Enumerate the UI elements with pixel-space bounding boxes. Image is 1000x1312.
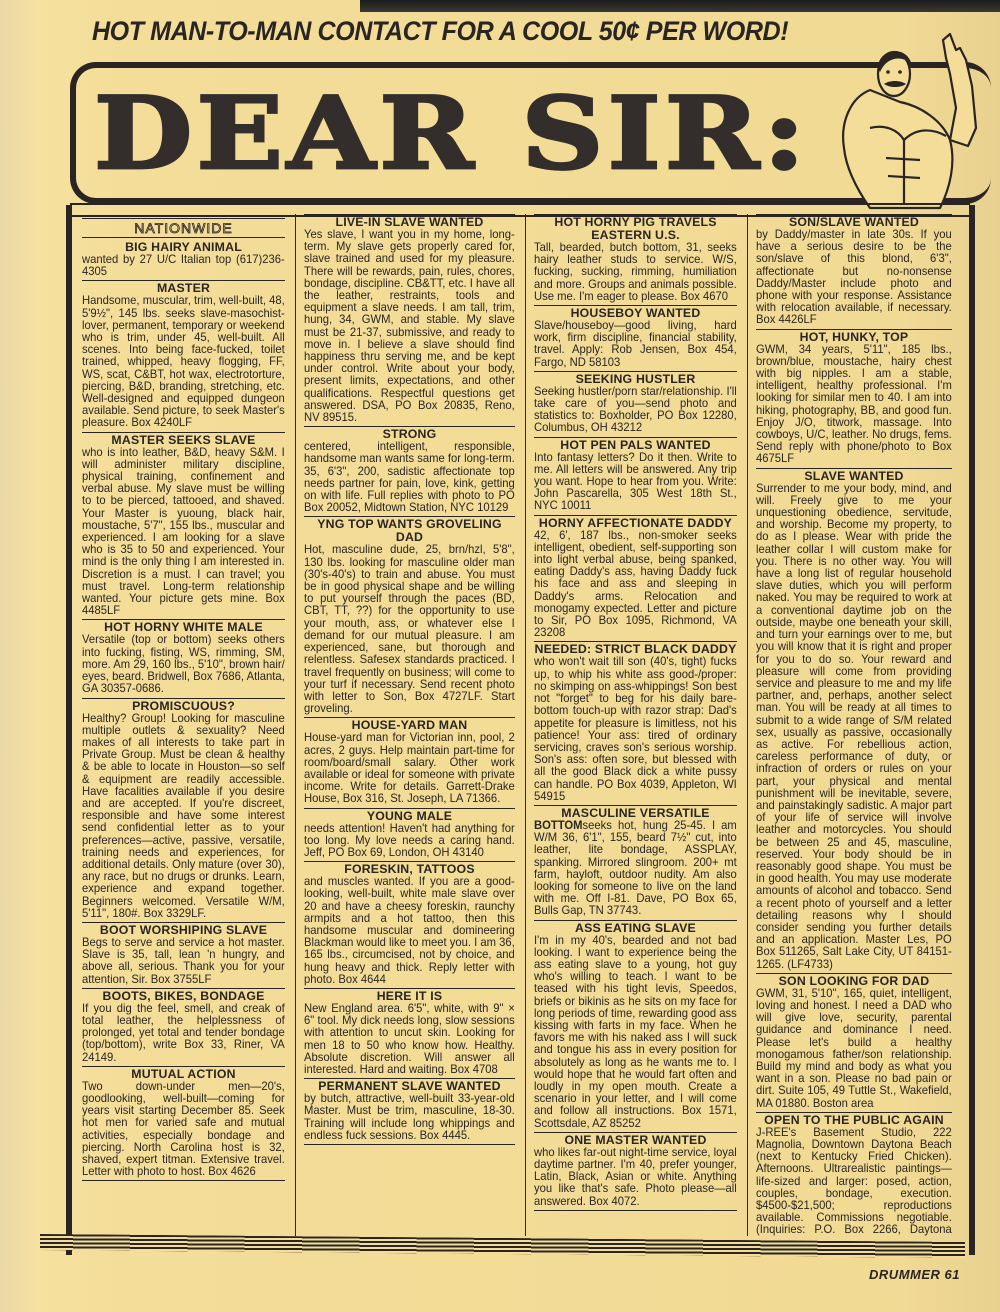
section-label-nationwide: NATIONWIDE: [82, 218, 285, 238]
ad-body: Slave/houseboy—good living, hard work, f…: [534, 320, 737, 369]
tagline: HOT MAN-TO-MAN CONTACT FOR A COOL 50¢ PE…: [92, 16, 788, 47]
ad-body: If you dig the feel, smell, and creak of…: [82, 1003, 285, 1064]
ad-body: Begs to serve and service a hot master. …: [82, 937, 285, 986]
column-2: LIVE-IN SLAVE WANTEDYes slave, I want yo…: [296, 214, 526, 1236]
ad-text: J-REE's Basement Studio, 222 Magnolia, D…: [756, 1126, 952, 1236]
ad-lead-word: BOTTOM: [534, 819, 583, 832]
ad-headline: YNG TOP WANTS GROVELING DAD: [304, 518, 515, 544]
ad-text: 42, 6', 187 lbs., non-smoker seeks intel…: [534, 529, 737, 640]
ad-body: Into fantasy letters? Do it then. Write …: [534, 452, 737, 513]
ad-body: Seeking hustler/porn star/relationship. …: [534, 386, 737, 435]
ad-text: and muscles wanted. If you are a good-lo…: [304, 875, 515, 986]
ad-text: GWM, 31, 5'10", 165, quiet, intelligent,…: [756, 987, 952, 1110]
ad-text: Begs to serve and service a hot master. …: [82, 936, 285, 986]
column-2-ads: LIVE-IN SLAVE WANTEDYes slave, I want yo…: [304, 214, 515, 1145]
ad-body: Hot, masculine dude, 25, brn/hzl, 5'8", …: [304, 544, 515, 715]
ad-text: Into fantasy letters? Do it then. Write …: [534, 451, 737, 513]
ad-body: needs attention! Haven't had anything fo…: [304, 823, 515, 860]
ad-text: Healthy? Group! Looking for masculine mu…: [82, 712, 285, 920]
classified-ad: MUTUAL ACTIONTwo down-under men—20's, go…: [82, 1066, 285, 1179]
classified-ad: STRONGcentered, intelligent, responsible…: [304, 426, 515, 514]
ad-body: House-yard man for Victorian inn, pool, …: [304, 732, 515, 805]
ad-body: Surrender to me your body, mind, and wil…: [756, 483, 952, 971]
page-title: DEAR SIR:: [94, 76, 809, 192]
ad-text: by butch, attractive, well-built 33-year…: [304, 1092, 515, 1142]
classified-ad: HOUSE-YARD MANHouse-yard man for Victori…: [304, 717, 515, 805]
ad-text: House-yard man for Victorian inn, pool, …: [304, 731, 515, 805]
classified-ad: FORESKIN, TATTOOSand muscles wanted. If …: [304, 861, 515, 986]
classified-ad: MASTERHandsome, muscular, trim, well-bui…: [82, 280, 285, 429]
ad-text: Two down-under men—20's, goodlooking, we…: [82, 1080, 285, 1178]
ad-text: by Daddy/master in late 30s. If you have…: [756, 228, 952, 326]
ad-text: Yes slave, I want you in my home, long-t…: [304, 228, 515, 424]
classified-ad: SEEKING HUSTLERSeeking hustler/porn star…: [534, 371, 737, 435]
ad-text: Hot, masculine dude, 25, brn/hzl, 5'8", …: [304, 543, 515, 715]
ad-body: Versatile (top or bottom) seeks others i…: [82, 634, 285, 695]
ad-text: wanted by 27 U/C Italian top (617)236-43…: [82, 253, 285, 278]
ad-headline: HOT HORNY PIG TRAVELS EASTERN U.S.: [534, 216, 737, 242]
classified-ad: BOOTS, BIKES, BONDAGEIf you dig the feel…: [82, 988, 285, 1064]
classified-ad: MASCULINE VERSATILEBOTTOMseeks hot, hung…: [534, 805, 737, 918]
ad-body: BOTTOMseeks hot, hung 25-45. I am W/M 36…: [534, 820, 737, 918]
ad-body: Tall, bearded, butch bottom, 31, seeks h…: [534, 242, 737, 303]
ad-text: who is into leather, B&D, heavy S&M. I w…: [82, 446, 285, 618]
ad-text: Tall, bearded, butch bottom, 31, seeks h…: [534, 241, 737, 303]
classified-ad: LIVE-IN SLAVE WANTEDYes slave, I want yo…: [304, 214, 515, 424]
ad-body: GWM, 31, 5'10", 165, quiet, intelligent,…: [756, 988, 952, 1110]
ad-text: Seeking hustler/porn star/relationship. …: [534, 385, 737, 435]
page-folio: DRUMMER 61: [869, 1267, 960, 1282]
ad-body: who won't wait till son (40's, tight) fu…: [534, 656, 737, 802]
column-1: NATIONWIDE BIG HAIRY ANIMALwanted by 27 …: [74, 214, 296, 1236]
classified-ad: HOUSEBOY WANTEDSlave/houseboy—good livin…: [534, 305, 737, 369]
classified-ad: YOUNG MALEneeds attention! Haven't had a…: [304, 808, 515, 860]
ad-body: I'm in my 40's, bearded and not bad look…: [534, 935, 737, 1130]
classified-ad: BIG HAIRY ANIMALwanted by 27 U/C Italian…: [82, 240, 285, 278]
classified-ad: HOT HORNY WHITE MALEVersatile (top or bo…: [82, 619, 285, 695]
ad-text: seeks hot, hung 25-45. I am W/M 36, 6'1"…: [534, 819, 737, 917]
ad-text: who likes far-out night-time service, lo…: [534, 1146, 737, 1208]
ad-body: Healthy? Group! Looking for masculine mu…: [82, 713, 285, 920]
ad-body: by Daddy/master in late 30s. If you have…: [756, 229, 952, 327]
classified-ad: SON/SLAVE WANTEDby Daddy/master in late …: [756, 214, 952, 327]
classified-ad: HORNY AFFECTIONATE DADDY42, 6', 187 lbs.…: [534, 515, 737, 640]
classified-ad: ASS EATING SLAVEI'm in my 40's, bearded …: [534, 920, 737, 1130]
column-1-ads: BIG HAIRY ANIMALwanted by 27 U/C Italian…: [82, 240, 285, 1181]
column-end-rule: [82, 1180, 285, 1181]
classified-ad: SON LOOKING FOR DADGWM, 31, 5'10", 165, …: [756, 973, 952, 1110]
ad-text: Slave/houseboy—good living, hard work, f…: [534, 319, 737, 369]
ad-text: Surrender to me your body, mind, and wil…: [756, 482, 952, 971]
ad-text: centered, intelligent, responsible, hand…: [304, 440, 515, 514]
ad-body: by butch, attractive, well-built 33-year…: [304, 1093, 515, 1142]
classified-ad: NEEDED: STRICT BLACK DADDYwho won't wait…: [534, 641, 737, 802]
classified-ad: HERE IT ISNew England area. 6'5", white,…: [304, 988, 515, 1076]
ad-body: centered, intelligent, responsible, hand…: [304, 441, 515, 514]
scan-edge: [360, 0, 1000, 12]
classified-ad: YNG TOP WANTS GROVELING DADHot, masculin…: [304, 516, 515, 715]
ad-text: New England area. 6'5", white, with 9" ×…: [304, 1002, 515, 1076]
classified-ad: HOT PEN PALS WANTEDInto fantasy letters?…: [534, 437, 737, 513]
ad-body: Yes slave, I want you in my home, long-t…: [304, 229, 515, 424]
ad-text: If you dig the feel, smell, and creak of…: [82, 1002, 285, 1064]
column-3-ads: HOT HORNY PIG TRAVELS EASTERN U.S.Tall, …: [534, 214, 737, 1211]
column-end-rule: [304, 1144, 515, 1145]
ad-body: Handsome, muscular, trim, well-built, 48…: [82, 295, 285, 429]
ad-text: needs attention! Haven't had anything fo…: [304, 822, 515, 859]
classified-columns: NATIONWIDE BIG HAIRY ANIMALwanted by 27 …: [74, 214, 962, 1236]
ad-text: I'm in my 40's, bearded and not bad look…: [534, 934, 737, 1130]
ad-text: who won't wait till son (40's, tight) fu…: [534, 655, 737, 802]
ad-body: New England area. 6'5", white, with 9" ×…: [304, 1003, 515, 1076]
column-3: HOT HORNY PIG TRAVELS EASTERN U.S.Tall, …: [526, 214, 748, 1236]
classified-ad: BOOT WORSHIPING SLAVEBegs to serve and s…: [82, 922, 285, 986]
column-4-ads: SON/SLAVE WANTEDby Daddy/master in late …: [756, 214, 952, 1236]
classified-ad: PERMANENT SLAVE WANTEDby butch, attracti…: [304, 1078, 515, 1142]
classified-ad: SLAVE WANTEDSurrender to me your body, m…: [756, 468, 952, 971]
ad-text: GWM, 34 years, 5'11", 185 lbs., brown/bl…: [756, 343, 952, 466]
muscleman-pointing-illustration-icon: [800, 28, 990, 218]
classified-ad: OPEN TO THE PUBLIC AGAINJ-REE's Basement…: [756, 1112, 952, 1236]
column-end-rule: [534, 1210, 737, 1211]
classified-ad: HOT HORNY PIG TRAVELS EASTERN U.S.Tall, …: [534, 214, 737, 303]
ad-body: who is into leather, B&D, heavy S&M. I w…: [82, 447, 285, 618]
classified-ad: ONE MASTER WANTEDwho likes far-out night…: [534, 1132, 737, 1208]
classified-ad: HOT, HUNKY, TOPGWM, 34 years, 5'11", 185…: [756, 329, 952, 466]
ad-body: 42, 6', 187 lbs., non-smoker seeks intel…: [534, 530, 737, 640]
classified-ad: PROMISCUOUS?Healthy? Group! Looking for …: [82, 698, 285, 920]
ad-body: who likes far-out night-time service, lo…: [534, 1147, 737, 1208]
ad-text: Versatile (top or bottom) seeks others i…: [82, 633, 285, 695]
ad-body: GWM, 34 years, 5'11", 185 lbs., brown/bl…: [756, 344, 952, 466]
classified-ad: MASTER SEEKS SLAVEwho is into leather, B…: [82, 432, 285, 618]
ad-text: Handsome, muscular, trim, well-built, 48…: [82, 294, 285, 429]
column-4: SON/SLAVE WANTEDby Daddy/master in late …: [748, 214, 962, 1236]
ad-body: wanted by 27 U/C Italian top (617)236-43…: [82, 254, 285, 278]
ad-body: Two down-under men—20's, goodlooking, we…: [82, 1081, 285, 1179]
ad-body: J-REE's Basement Studio, 222 Magnolia, D…: [756, 1127, 952, 1236]
ad-body: and muscles wanted. If you are a good-lo…: [304, 876, 515, 986]
